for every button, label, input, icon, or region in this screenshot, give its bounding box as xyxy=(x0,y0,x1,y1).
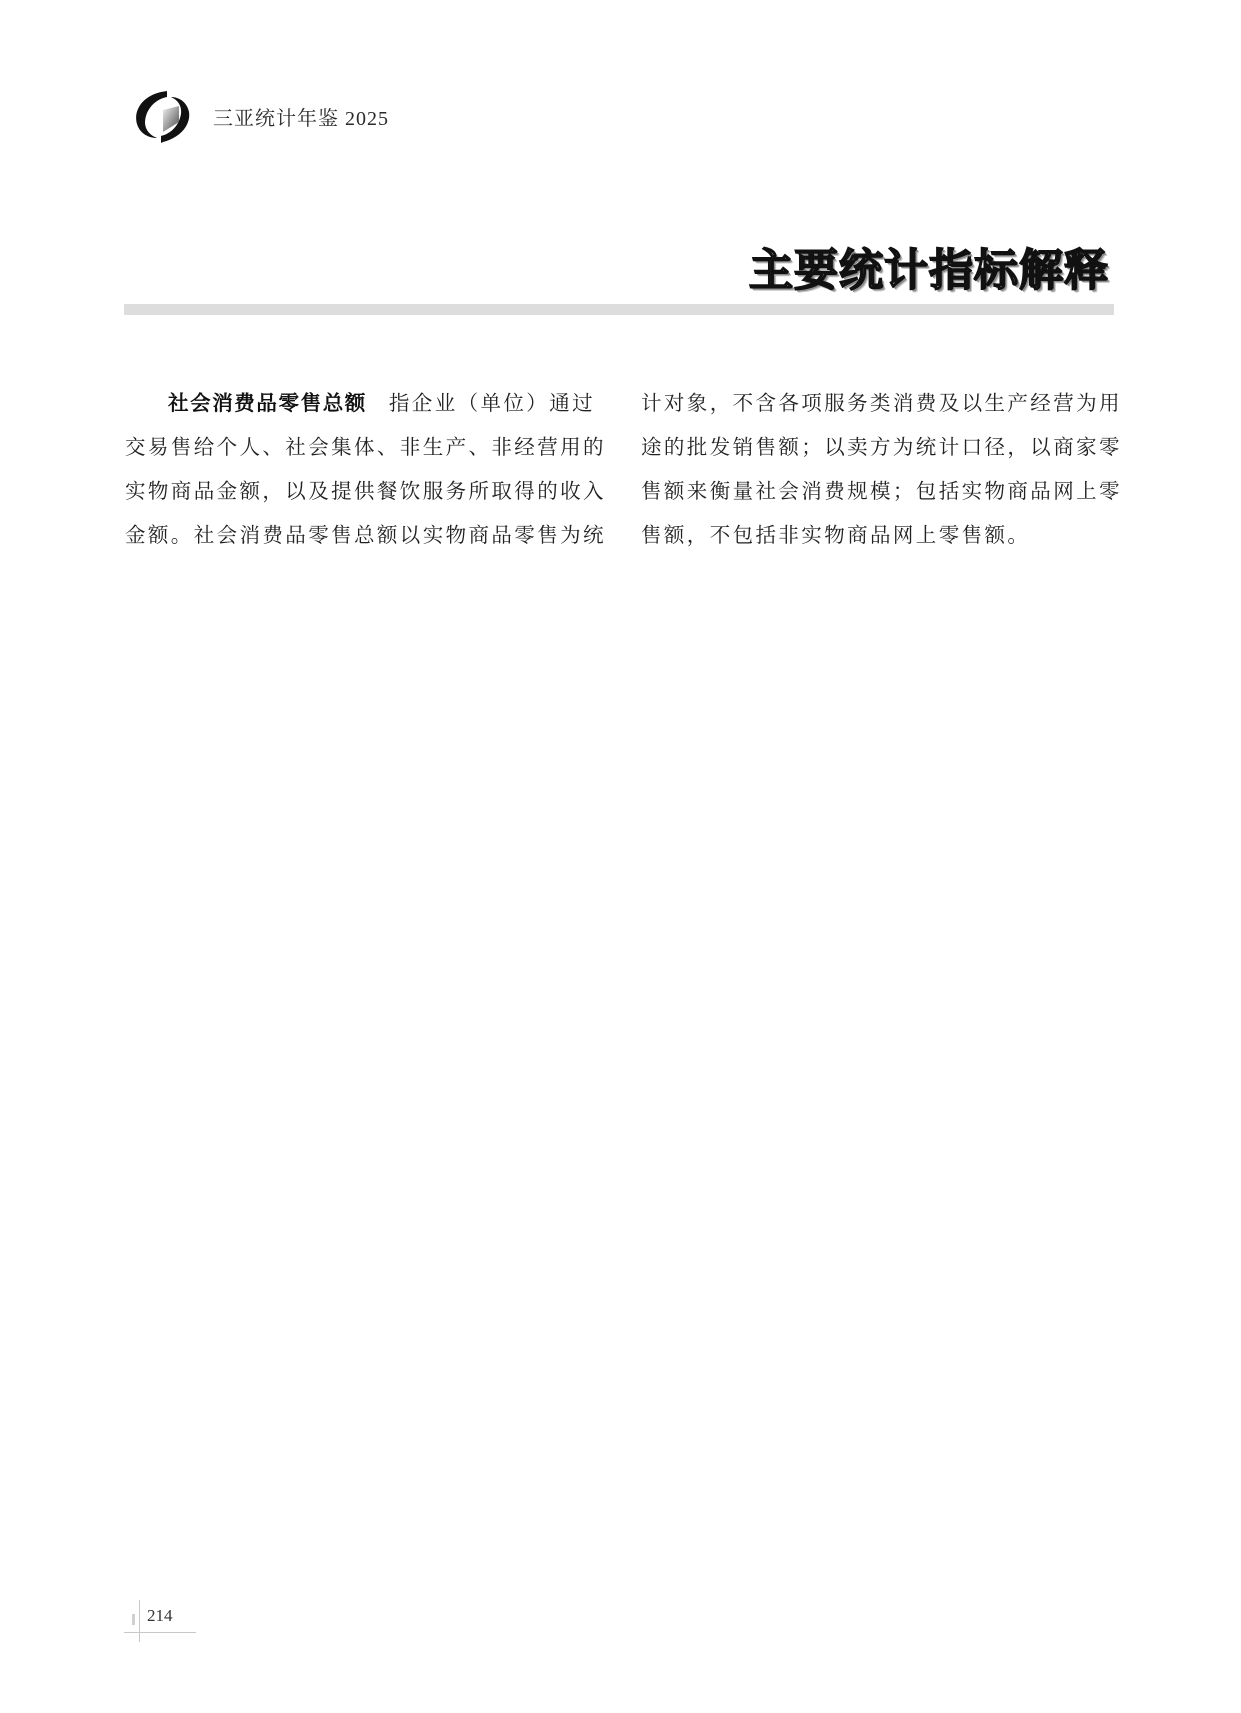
text-line: 售额，不包括非实物商品网上零售额。 xyxy=(641,513,1107,557)
footer-vertical-rule xyxy=(139,1600,140,1642)
text-line: 社会消费品零售总额指企业（单位）通过 xyxy=(125,381,583,425)
text-line: 交易售给个人、社会集体、非生产、非经营用的 xyxy=(125,425,583,469)
text-line: 计对象，不含各项服务类消费及以生产经营为用 xyxy=(641,381,1107,425)
definition-text: 指企业（单位）通过 xyxy=(389,391,595,415)
book-title: 三亚统计年鉴 xyxy=(213,106,339,130)
chapter-title: 主要统计指标解释 xyxy=(749,234,1109,298)
statistics-yearbook-logo-icon xyxy=(133,86,193,146)
running-title: 三亚统计年鉴2025 xyxy=(213,102,389,131)
book-year: 2025 xyxy=(345,108,389,130)
page-number: 214 xyxy=(147,1606,173,1626)
text-line: 途的批发销售额；以卖方为统计口径，以商家零 xyxy=(641,425,1107,469)
running-header: 三亚统计年鉴2025 xyxy=(133,86,389,146)
text-line: 金额。社会消费品零售总额以实物商品零售为统 xyxy=(125,513,583,557)
term-heading: 社会消费品零售总额 xyxy=(168,391,367,415)
text-line: 售额来衡量社会消费规模；包括实物商品网上零 xyxy=(641,469,1107,513)
crop-mark-icon xyxy=(132,1614,135,1625)
text-column-right: 计对象，不含各项服务类消费及以生产经营为用 途的批发销售额；以卖方为统计口径，以… xyxy=(641,381,1107,557)
text-line: 实物商品金额，以及提供餐饮服务所取得的收入 xyxy=(125,469,583,513)
page-footer: 214 xyxy=(124,1600,196,1640)
text-column-left: 社会消费品零售总额指企业（单位）通过 交易售给个人、社会集体、非生产、非经营用的… xyxy=(125,381,583,557)
footer-horizontal-rule xyxy=(124,1632,196,1633)
title-rule xyxy=(124,304,1114,315)
